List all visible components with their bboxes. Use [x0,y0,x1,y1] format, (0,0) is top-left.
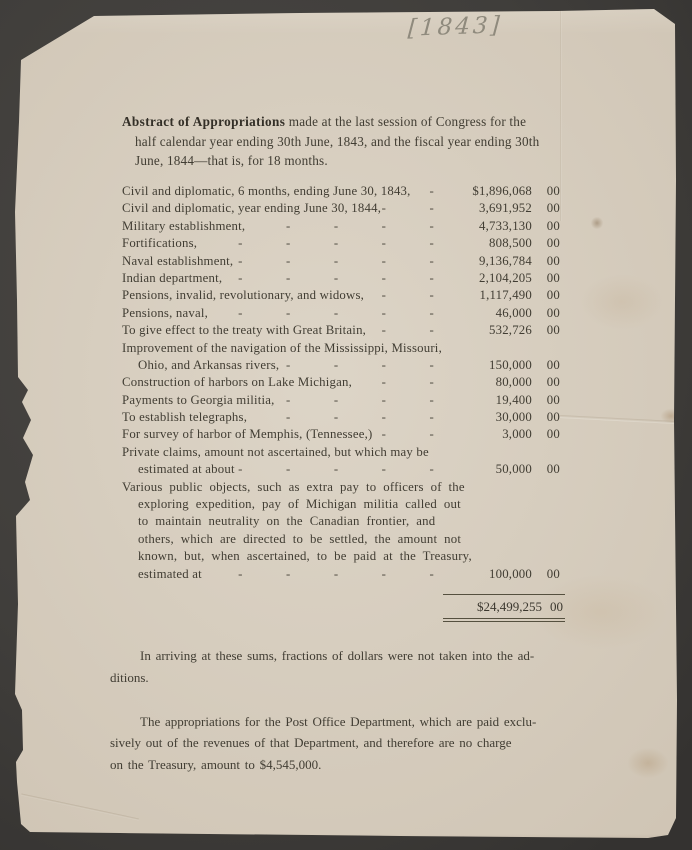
table-row: Ohio, and Arkansas rivers,- - - -150,000… [122,357,560,374]
row-amount: 19,400 [446,392,532,409]
appropriations-table: Civil and diplomatic, 6 months, ending J… [122,183,560,583]
row-label: Civil and diplomatic, 6 months, ending J… [122,183,411,200]
note-line: on the Treasury, amount to $4,545,000. [110,754,590,776]
row-amount: 30,000 [446,409,532,426]
table-row: Pensions, invalid, revolutionary, and wi… [122,287,560,304]
row-label: Pensions, naval, [122,305,208,322]
row-label: Payments to Georgia militia, [122,392,275,409]
row-label: To give effect to the treaty with Great … [122,322,366,339]
table-row: exploring expedition, pay of Michigan mi… [122,496,560,513]
table-row: To establish telegraphs,- - - - -30,0000… [122,409,560,426]
row-label: Improvement of the navigation of the Mis… [122,340,442,357]
dash-leader: - - - - - - [208,305,446,322]
row-amount: 80,000 [446,374,532,391]
table-row: Various public objects, such as extra pa… [122,479,560,496]
row-label: Civil and diplomatic, year ending June 3… [122,200,381,217]
row-amount: 808,500 [446,235,532,252]
dash-leader: - - [364,287,446,304]
row-cents: 00 [540,270,560,287]
row-amount: 3,000 [446,426,532,443]
table-row: estimated at about- - - - -50,00000 [122,461,560,478]
note-post-office: The appropriations for the Post Office D… [110,711,590,776]
row-label: Ohio, and Arkansas rivers, [122,357,279,374]
dash-leader: - - - - - [222,270,446,287]
row-amount: 4,733,130 [446,218,532,235]
document-paper: [1843] Abstract of Appropriations made a… [0,0,692,850]
title-line-2: half calendar year ending 30th June, 184… [122,132,574,152]
row-cents: 00 [540,461,560,478]
table-row: Construction of harbors on Lake Michigan… [122,374,560,391]
table-row: To give effect to the treaty with Great … [122,322,560,339]
table-row: Indian department,- - - - -2,104,20500 [122,270,560,287]
row-cents: 00 [540,218,560,235]
dash-leader: - - [372,426,446,443]
row-cents: 00 [540,287,560,304]
dash-leader: - - - - [279,357,446,374]
row-amount: 9,136,784 [446,253,532,270]
table-row: known, but, when ascertained, to be paid… [122,548,560,565]
row-label: Indian department, [122,270,222,287]
row-amount: 3,691,952 [446,200,532,217]
row-cents: 00 [540,200,560,217]
row-amount: 50,000 [446,461,532,478]
table-row: Payments to Georgia militia,- - - -19,40… [122,392,560,409]
row-cents: 00 [540,322,560,339]
row-label: To establish telegraphs, [122,409,247,426]
row-cents: 00 [540,305,560,322]
grand-total: $24,499,25500 [443,594,565,622]
row-cents: 00 [540,392,560,409]
dash-leader: - - [366,322,446,339]
dash-leader: - - [381,200,446,217]
title-line-1: Abstract of Appropriations made at the l… [122,112,574,132]
row-label: known, but, when ascertained, to be paid… [122,548,472,565]
row-label: Various public objects, such as extra pa… [122,479,465,496]
scan-background: [1843] Abstract of Appropriations made a… [0,0,692,850]
row-amount: 46,000 [446,305,532,322]
row-cents: 00 [540,183,560,200]
row-amount: 2,104,205 [446,270,532,287]
row-label: exploring expedition, pay of Michigan mi… [122,496,461,513]
table-row: Civil and diplomatic, 6 months, ending J… [122,183,560,200]
table-row: to maintain neutrality on the Canadian f… [122,513,560,530]
note-line: In arriving at these sums, fractions of … [110,645,590,667]
row-label: estimated at [122,566,202,583]
table-row: Improvement of the navigation of the Mis… [122,340,560,357]
row-amount: $1,896,068 [446,183,532,200]
row-label: Construction of harbors on Lake Michigan… [122,374,352,391]
table-row: Private claims, amount not ascertained, … [122,444,560,461]
table-row: Military establishment,- - - - -4,733,13… [122,218,560,235]
dash-leader: - - - - [275,392,446,409]
row-cents: 00 [540,253,560,270]
row-label: to maintain neutrality on the Canadian f… [122,513,435,530]
row-amount: 1,117,490 [446,287,532,304]
row-cents: 00 [540,566,560,583]
table-row: Pensions, naval,- - - - - -46,00000 [122,305,560,322]
dash-leader: - - - - - [245,218,446,235]
row-cents: 00 [540,235,560,252]
row-cents: 00 [540,409,560,426]
note-line: ditions. [110,667,590,689]
note-line: sively out of the revenues of that Depar… [110,732,590,754]
row-amount: 100,000 [446,566,532,583]
row-cents: 00 [540,357,560,374]
total-cents: 00 [550,599,563,614]
table-row: estimated at- - - - - -100,00000 [122,566,560,583]
paper-crease [560,415,676,424]
title-bold-text: Abstract of Appropriations [122,114,285,129]
table-row: Fortifications,- - - - -808,50000 [122,235,560,252]
dash-leader: - - - - - [233,253,446,270]
note-line: The appropriations for the Post Office D… [110,711,590,733]
row-cents: 00 [540,426,560,443]
row-label: Pensions, invalid, revolutionary, and wi… [122,287,364,304]
dash-leader: - [411,183,446,200]
table-row: others, which are directed to be settled… [122,531,560,548]
table-row: Civil and diplomatic, year ending June 3… [122,200,560,217]
dash-leader: - - - - - [235,461,446,478]
row-label: For survey of harbor of Memphis, (Tennes… [122,426,372,443]
total-amount: $24,499,255 [477,599,542,614]
dash-leader: - - - - - [197,235,446,252]
title-line-3: June, 1844—that is, for 18 months. [122,151,574,171]
row-label: others, which are directed to be settled… [122,531,461,548]
row-label: Fortifications, [122,235,197,252]
paper-crease [21,794,139,821]
dash-leader: - - - - - [247,409,446,426]
table-row: Naval establishment,- - - - -9,136,78400 [122,253,560,270]
table-row: For survey of harbor of Memphis, (Tennes… [122,426,560,443]
title-rest-text: made at the last session of Congress for… [285,114,526,129]
row-label: Private claims, amount not ascertained, … [122,444,429,461]
row-label: Naval establishment, [122,253,233,270]
row-label: Military establishment, [122,218,245,235]
row-label: estimated at about [122,461,235,478]
row-cents: 00 [540,374,560,391]
document-title: Abstract of Appropriations made at the l… [122,112,574,171]
row-amount: 150,000 [446,357,532,374]
handwritten-year-annotation: [1843] [407,12,503,41]
dash-leader: - - - - - - [202,566,446,583]
footnotes: In arriving at these sums, fractions of … [110,645,590,776]
dash-leader: - - [352,374,446,391]
row-amount: 532,726 [446,322,532,339]
note-fractions: In arriving at these sums, fractions of … [110,645,590,689]
